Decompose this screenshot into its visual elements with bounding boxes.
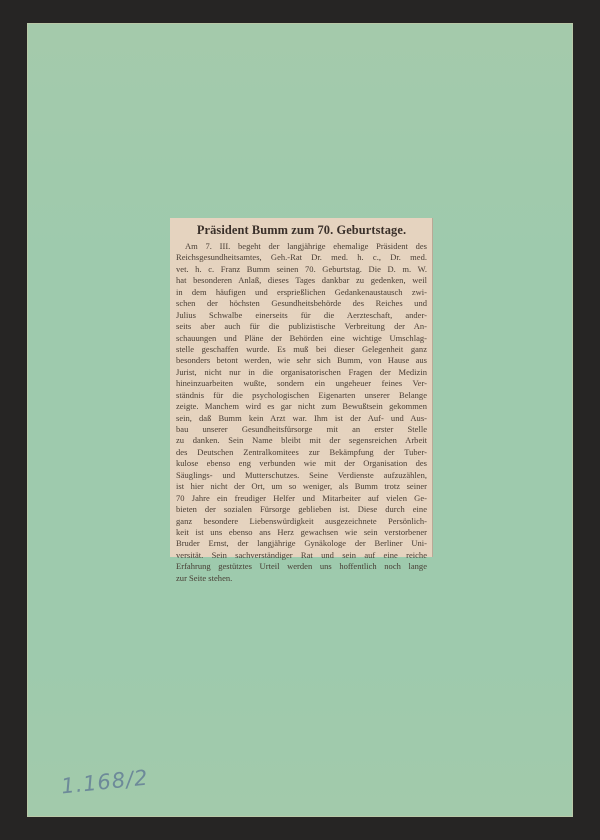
article-line: Erfahrung gestütztes Urteil werden uns h…	[176, 561, 427, 572]
article-line: in dem häufigen und ersprießlichen Gedan…	[176, 287, 427, 298]
article-line: ganz besondere Liebenswürdigkeit ausgeze…	[176, 516, 427, 527]
article-line: schauungen und Pläne der Behörden eine w…	[176, 333, 427, 344]
newspaper-clipping: Präsident Bumm zum 70. Geburtstage. Am 7…	[170, 218, 433, 557]
article-line: stelle geschaffen wurde. Es muß bei dies…	[176, 344, 427, 355]
article-line: sein, daß Bumm kein Arzt war. Ihm ist de…	[176, 413, 427, 424]
article-line: Bruder Ernst, der langjährige Gynäkologe…	[176, 538, 427, 549]
article-line: versität. Sein sachverständiger Rat und …	[176, 550, 427, 561]
green-backing-sheet: Präsident Bumm zum 70. Geburtstage. Am 7…	[27, 23, 573, 817]
article-line: Reichsgesundheitsamtes, Geh.-Rat Dr. med…	[176, 252, 427, 263]
article-line: hat besonderen Anlaß, dieses Tages dankb…	[176, 275, 427, 286]
article-line: hineinzuarbeiten wußte, sondern ein unge…	[176, 378, 427, 389]
article-line: kulose ebenso eng verbunden wie mit der …	[176, 458, 427, 469]
article-body: Am 7. III. begeht der langjährige ehemal…	[176, 241, 427, 584]
article-line: Säuglings- und Mutterschutzes. Seine Ver…	[176, 470, 427, 481]
headline: Präsident Bumm zum 70. Geburtstage.	[176, 223, 427, 238]
article-line: vet. h. c. Franz Bumm seinen 70. Geburts…	[176, 264, 427, 275]
article-line: Am 7. III. begeht der langjährige ehemal…	[176, 241, 427, 252]
article-line: Julius Schwalbe einerseits für die Aerzt…	[176, 310, 427, 321]
article-line: ist hier nicht der Ort, um so weniger, a…	[176, 481, 427, 492]
article-line: bieten der sozialen Fürsorge geblieben i…	[176, 504, 427, 515]
article-line: zu danken. Sein Name bleibt mit der sege…	[176, 435, 427, 446]
article-line: bau unserer Gesundheitsfürsorge mit an e…	[176, 424, 427, 435]
article-line: seits aber auch für die publizistische V…	[176, 321, 427, 332]
article-line: Jurist, nicht nur in die organisatorisch…	[176, 367, 427, 378]
article-line: des Deutschen Zentralkomitees zur Bekämp…	[176, 447, 427, 458]
article-line: keit ist uns ebenso ans Herz gewachsen w…	[176, 527, 427, 538]
article-line: zur Seite stehen.	[176, 573, 427, 584]
handwritten-archive-number: 1.168/2	[60, 765, 150, 798]
article-line: zeigte. Manchem wird es gar nicht zum Be…	[176, 401, 427, 412]
article-line: besonders betont werden, wie sehr sich B…	[176, 355, 427, 366]
article-line: schen der höchsten Gesundheitsbehörde de…	[176, 298, 427, 309]
article-line: 70 Jahre ein freudiger Helfer und Mitarb…	[176, 493, 427, 504]
article-line: ständnis für die psychologischen Eigenar…	[176, 390, 427, 401]
